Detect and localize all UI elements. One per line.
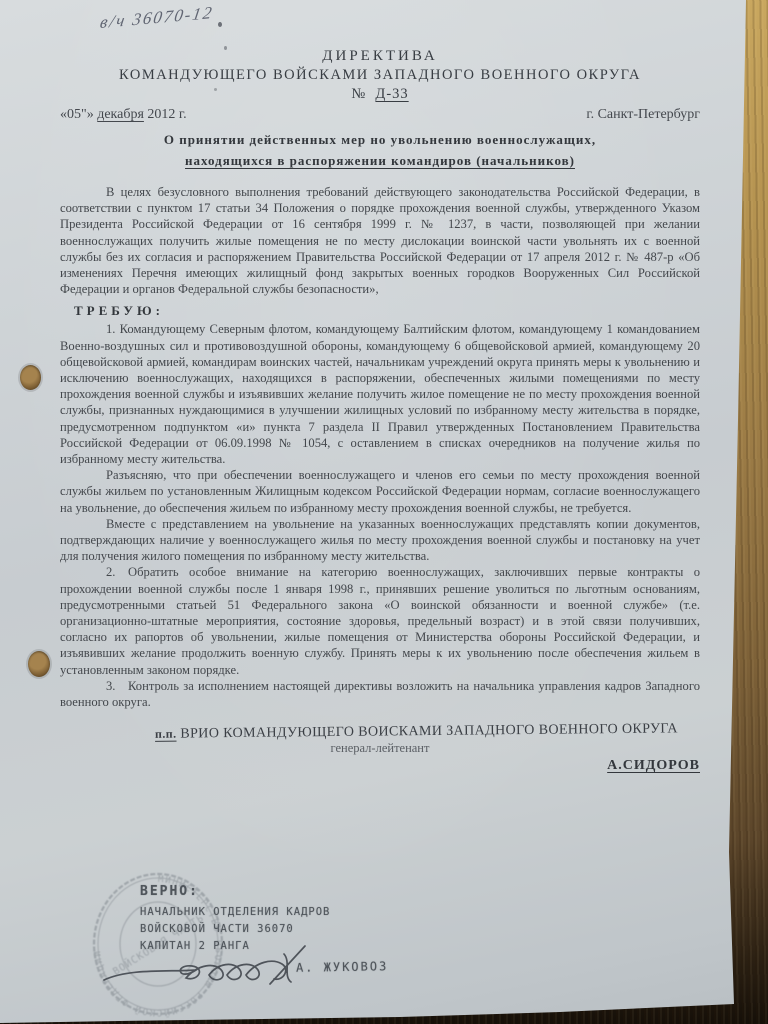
svg-text:МИНИСТЕРСТВО ОБОРОНЫ РОССИЙСКО: МИНИСТЕРСТВО ОБОРОНЫ РОССИЙСКОЙ ФЕДЕРАЦИ…	[93, 875, 223, 1019]
document-subtitle: КОМАНДУЮЩЕГО ВОЙСКАМИ ЗАПАДНОГО ВОЕННОГО…	[60, 67, 700, 84]
handwritten-signature	[100, 938, 330, 1004]
signer-name: А.СИДОРОВ	[60, 758, 700, 774]
paragraph-item-3: 3. Контроль за исполнением настоящей дир…	[60, 678, 700, 710]
date-day: «05"»	[60, 107, 94, 122]
certifier-position-line2: ВОЙСКОВОЙ ЧАСТИ 36070	[140, 923, 294, 935]
document-number: № Д-33	[60, 86, 700, 103]
certifier-position-line1: НАЧАЛЬНИК ОТДЕЛЕНИЯ КАДРОВ	[140, 906, 330, 918]
subject-line-2: находящихся в распоряжении командиров (н…	[60, 150, 700, 171]
punch-hole-bottom	[28, 651, 50, 677]
intro-paragraph: В целях безусловного выполнения требован…	[60, 184, 700, 297]
document-date: «05"» декабря 2012 г.	[60, 107, 187, 123]
subject-line-1: О принятии действенных мер но увольнению…	[60, 129, 700, 150]
paragraph-item-1: 1. Командующему Северным флотом, команду…	[60, 321, 700, 467]
certifier-rank: КАПИТАН 2 РАНГА	[140, 940, 250, 952]
paragraph-clarification: Разъясняю, что при обеспечении военнослу…	[60, 467, 700, 516]
certified-true-label: ВЕРНО:	[140, 884, 199, 899]
demand-heading: ТРЕБУЮ:	[74, 301, 700, 321]
date-city-row: «05"» декабря 2012 г. г. Санкт-Петербург	[60, 107, 700, 123]
date-month: декабря	[97, 107, 144, 122]
signature-line: п.п. ВРИО КОМАНДУЮЩЕГО ВОИСКАМИ ЗАПАДНОГ…	[155, 721, 700, 743]
document-page: в/ч 36070-12 ДИРЕКТИВА КОМАНДУЮЩЕГО ВОЙС…	[0, 0, 768, 1024]
number-value: Д-33	[375, 86, 408, 102]
document-city: г. Санкт-Петербург	[586, 107, 700, 123]
signer-title: ВРИО КОМАНДУЮЩЕГО ВОИСКАМИ ЗАПАДНОГО ВОЕ…	[180, 722, 678, 742]
document-title: ДИРЕКТИВА	[60, 48, 700, 65]
pp-abbrev: п.п.	[155, 727, 177, 741]
seal-ring-text: МИНИСТЕРСТВО ОБОРОНЫ РОССИЙСКОЙ ФЕДЕРАЦИ…	[93, 875, 223, 1019]
signer-rank: генерал-лейтенант	[60, 741, 700, 756]
round-seal: МИНИСТЕРСТВО ОБОРОНЫ РОССИЙСКОЙ ФЕДЕРАЦИ…	[88, 868, 228, 1020]
paragraph-item-2: 2. Обратить особое внимание на категорию…	[60, 564, 700, 677]
date-year: 2012 г.	[147, 107, 186, 122]
document-subject: О принятии действенных мер но увольнению…	[60, 129, 700, 171]
punch-hole-top	[20, 365, 41, 390]
document-body: ДИРЕКТИВА КОМАНДУЮЩЕГО ВОЙСКАМИ ЗАПАДНОГ…	[60, 0, 700, 774]
paragraph-documents: Вместе с представлением на увольнение на…	[60, 516, 700, 565]
number-label: №	[351, 86, 366, 102]
certifier-name: А. ЖУКОВОЗ	[296, 959, 388, 975]
seal-inner-text: ВОЙСКОВАЯ ЧАСТЬ	[110, 911, 206, 978]
